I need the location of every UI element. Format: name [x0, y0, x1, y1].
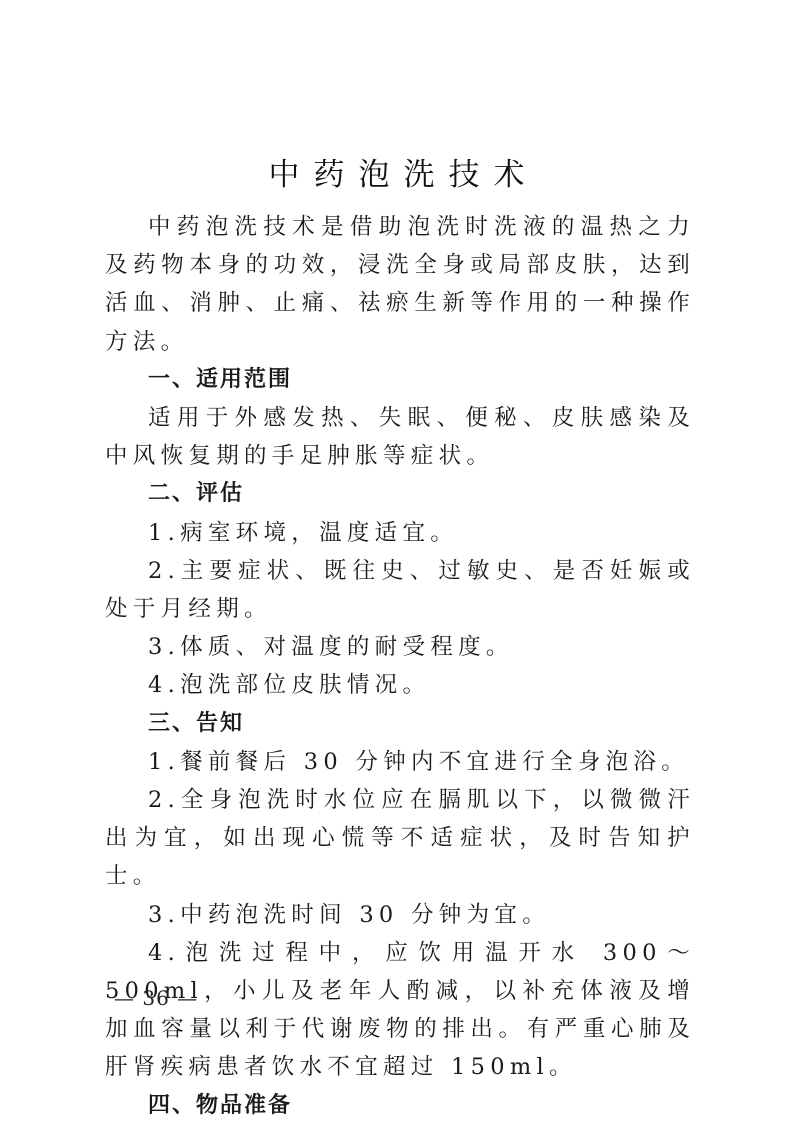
scope-paragraph: 适用于外感发热、失眠、便秘、皮肤感染及中风恢复期的手足肿胀等症状。 [105, 399, 695, 475]
assessment-item-2: 2.主要症状、既往史、过敏史、是否妊娠或处于月经期。 [105, 552, 695, 628]
notice-item-1: 1.餐前餐后 30 分钟内不宜进行全身泡浴。 [105, 743, 695, 781]
assessment-item-4: 4.泡洗部位皮肤情况。 [105, 666, 695, 704]
intro-paragraph: 中药泡洗技术是借助泡洗时洗液的温热之力及药物本身的功效，浸洗全身或局部皮肤，达到… [105, 208, 695, 361]
section-heading-supplies: 四、物品准备 [105, 1087, 695, 1122]
notice-item-2: 2.全身泡洗时水位应在膈肌以下，以微微汗出为宜，如出现心慌等不适症状，及时告知护… [105, 781, 695, 896]
page-number: — 36 — [114, 986, 198, 1010]
document-title: 中药泡洗技术 [0, 149, 793, 194]
document-body: 中药泡洗技术是借助泡洗时洗液的温热之力及药物本身的功效，浸洗全身或局部皮肤，达到… [105, 208, 695, 1122]
section-heading-notice: 三、告知 [105, 705, 695, 743]
section-heading-assessment: 二、评估 [105, 475, 695, 513]
notice-item-3: 3.中药泡洗时间 30 分钟为宜。 [105, 896, 695, 934]
assessment-item-3: 3.体质、对温度的耐受程度。 [105, 628, 695, 666]
section-heading-scope: 一、适用范围 [105, 361, 695, 399]
notice-item-4: 4.泡洗过程中，应饮用温开水 300～500ml，小儿及老年人酌减，以补充体液及… [105, 934, 695, 1087]
document-page: 中药泡洗技术 中药泡洗技术是借助泡洗时洗液的温热之力及药物本身的功效，浸洗全身或… [0, 0, 793, 1122]
assessment-item-1: 1.病室环境，温度适宜。 [105, 514, 695, 552]
